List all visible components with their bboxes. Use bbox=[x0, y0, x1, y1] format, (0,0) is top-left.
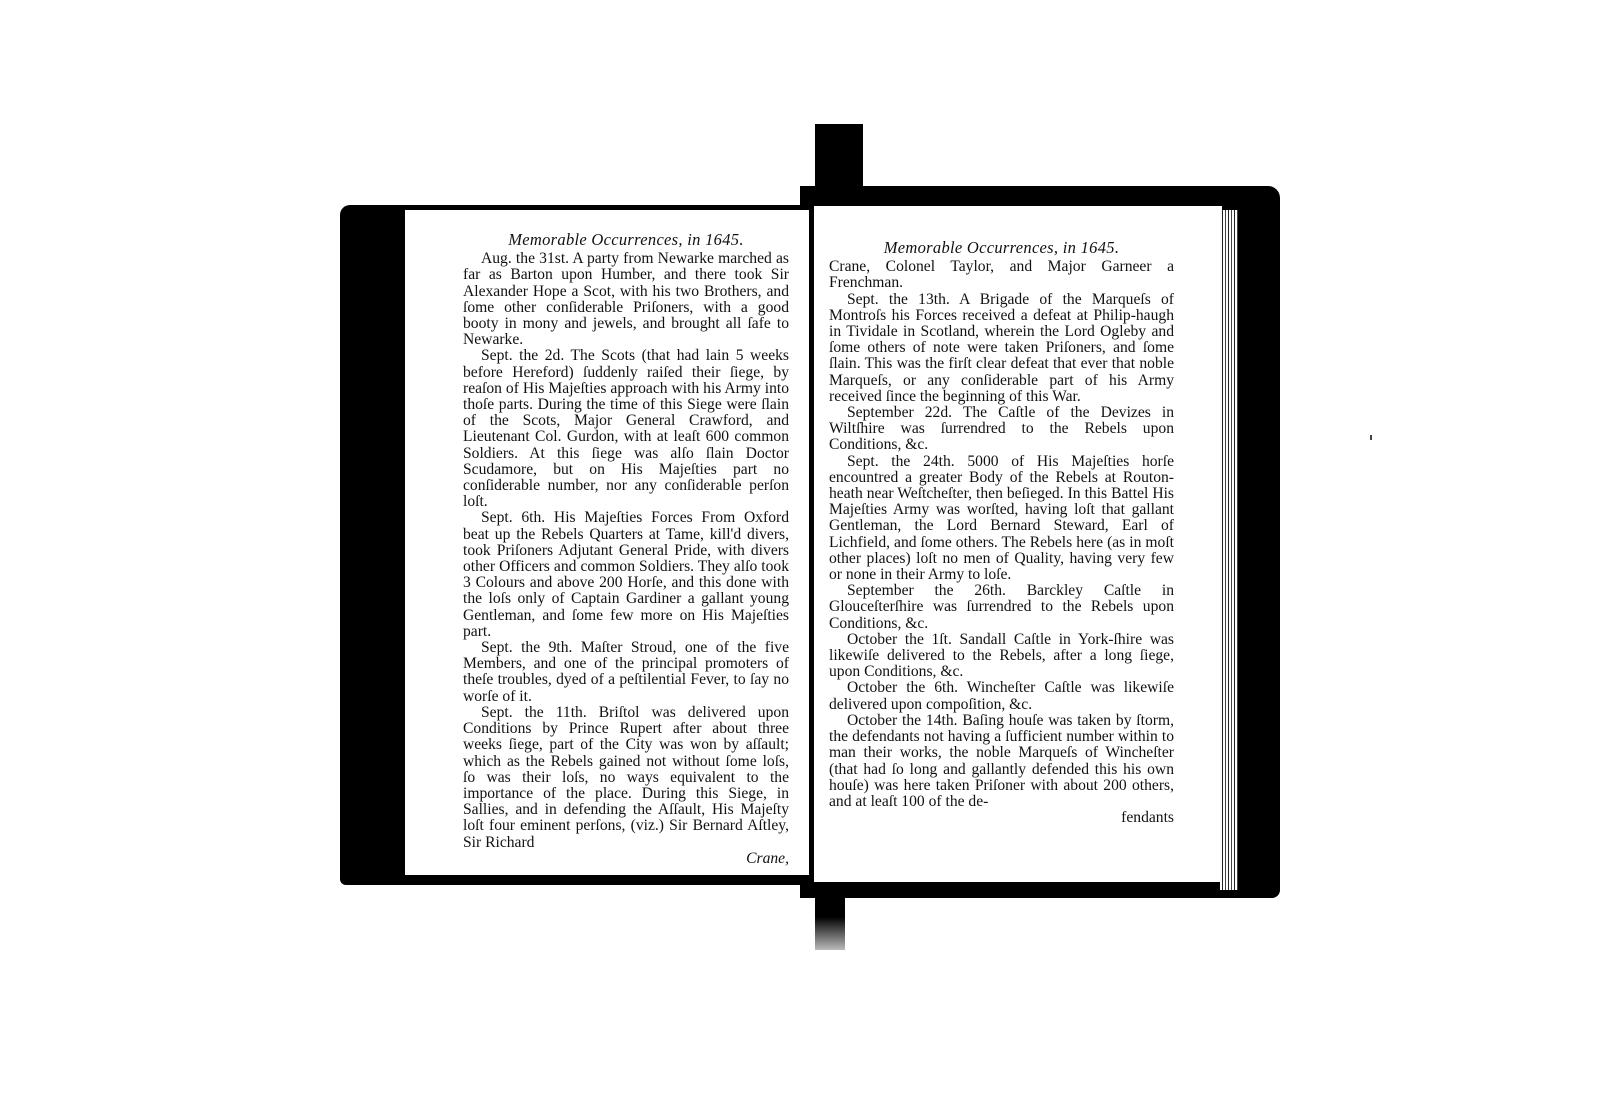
page-body: Crane, Colonel Taylor, and Major Garneer… bbox=[829, 259, 1174, 810]
paragraph: Sept. the 24th. 5000 of His Majeſties ho… bbox=[829, 454, 1174, 584]
paragraph: September the 26th. Barckley Caſtle in G… bbox=[829, 583, 1174, 632]
running-head: Memorable Occurrences, in 1645. bbox=[463, 232, 789, 248]
catchword: fendants bbox=[829, 810, 1174, 826]
page-body: Aug. the 31st. A party from Newarke marc… bbox=[463, 251, 789, 851]
scan-artifact bbox=[1370, 435, 1372, 440]
paragraph-continuation: Crane, Colonel Taylor, and Major Garneer… bbox=[829, 259, 1174, 291]
book-spine-bottom bbox=[815, 895, 845, 950]
paragraph: Sept. 6th. His Majeſties Forces From Oxf… bbox=[463, 510, 789, 640]
right-page: Memorable Occurrences, in 1645. Crane, C… bbox=[812, 206, 1222, 882]
left-page: Memorable Occurrences, in 1645. Aug. the… bbox=[405, 210, 810, 875]
paragraph: October the 6th. Wincheſter Caſtle was l… bbox=[829, 680, 1174, 712]
paragraph: Sept. the 2d. The Scots (that had lain 5… bbox=[463, 348, 789, 510]
page-fore-edge bbox=[1220, 210, 1238, 890]
book-spine-top bbox=[815, 124, 863, 204]
paragraph: Sept. the 9th. Maſter Stroud, one of the… bbox=[463, 640, 789, 705]
running-head: Memorable Occurrences, in 1645. bbox=[829, 240, 1174, 256]
catchword: Crane, bbox=[463, 851, 789, 867]
paragraph: Sept. the 11th. Briſtol was delivered up… bbox=[463, 705, 789, 851]
paragraph: October the 1ſt. Sandall Caſtle in York-… bbox=[829, 632, 1174, 681]
paragraph: September 22d. The Caſtle of the Devizes… bbox=[829, 405, 1174, 454]
paragraph: Aug. the 31st. A party from Newarke marc… bbox=[463, 251, 789, 348]
paragraph: October the 14th. Baſing houſe was taken… bbox=[829, 713, 1174, 810]
paragraph: Sept. the 13th. A Brigade of the Marqueſ… bbox=[829, 292, 1174, 405]
catchword-text: Crane, bbox=[746, 850, 789, 867]
